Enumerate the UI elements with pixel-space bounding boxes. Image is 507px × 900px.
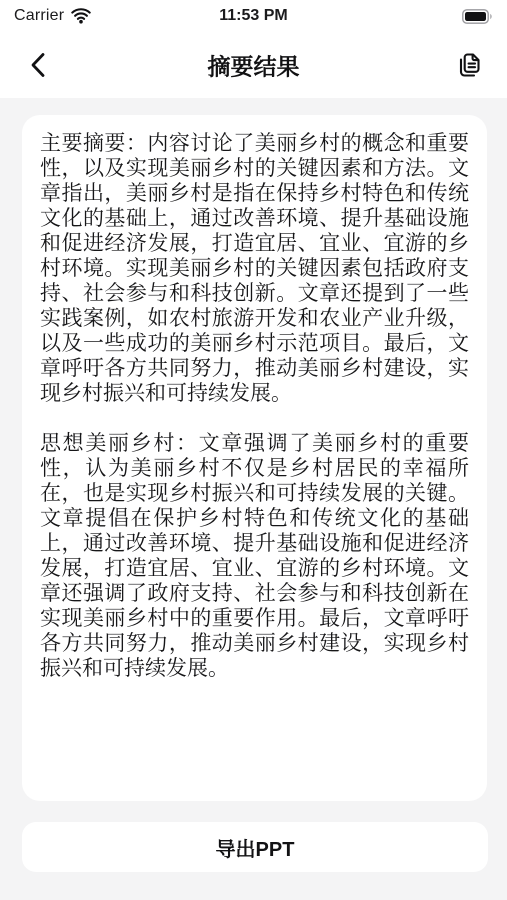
- status-bar: Carrier 11:53 PM: [0, 0, 507, 32]
- battery-icon: [462, 9, 493, 24]
- back-button[interactable]: [18, 45, 58, 85]
- wifi-icon: [71, 8, 91, 24]
- nav-bar: 摘要结果: [0, 32, 507, 98]
- export-ppt-label: 导出PPT: [216, 833, 295, 862]
- chevron-left-icon: [30, 52, 46, 78]
- summary-text: 主要摘要：内容讨论了美丽乡村的概念和重要性，以及实现美丽乡村的关键因素和方法。文…: [40, 131, 469, 681]
- status-right: [462, 9, 493, 24]
- copy-icon: [454, 49, 484, 81]
- app-screen: Carrier 11:53 PM: [0, 0, 507, 900]
- summary-card: 主要摘要：内容讨论了美丽乡村的概念和重要性，以及实现美丽乡村的关键因素和方法。文…: [22, 115, 487, 801]
- page-title: 摘要结果: [208, 49, 300, 82]
- summary-paragraph-thought: 思想美丽乡村：文章强调了美丽乡村的重要性，认为美丽乡村不仅是乡村居民的幸福所在，…: [40, 431, 469, 681]
- export-ppt-button[interactable]: 导出PPT: [22, 822, 488, 872]
- summary-paragraph-main: 主要摘要：内容讨论了美丽乡村的概念和重要性，以及实现美丽乡村的关键因素和方法。文…: [40, 131, 469, 406]
- status-time: 11:53 PM: [219, 7, 287, 25]
- copy-button[interactable]: [449, 45, 489, 85]
- carrier-label: Carrier: [14, 7, 64, 25]
- status-left: Carrier: [14, 7, 91, 25]
